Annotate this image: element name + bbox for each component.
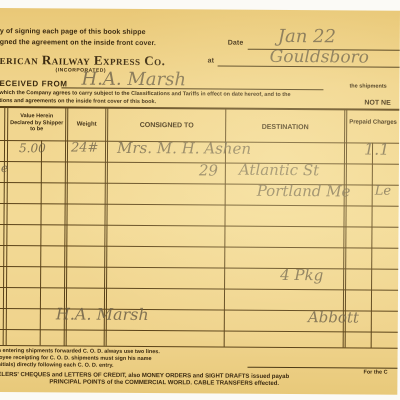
row-rule-7 bbox=[0, 287, 398, 291]
row-rule-3 bbox=[0, 203, 399, 207]
received-from-label: ECEIVED FROM bbox=[0, 79, 68, 88]
header-weight: Weight bbox=[68, 121, 105, 127]
cod-note-line-1: n entering shipments forwarded C. O. D. … bbox=[0, 348, 160, 355]
date-value: Jan 22 bbox=[278, 26, 336, 47]
top-notice-line-1: y of signing each page of this book ship… bbox=[0, 28, 146, 36]
row-rule-4 bbox=[0, 224, 398, 228]
row-2-col0: e bbox=[1, 161, 8, 175]
at-value: Gouldsboro bbox=[270, 47, 369, 68]
cod-note-line-2: loyee receipting for C. O. D. shipments … bbox=[0, 355, 152, 362]
row-1-prepaid: 1.1 bbox=[364, 140, 390, 159]
not-negotiable-label: NOT NE bbox=[364, 100, 391, 107]
at-label: at bbox=[208, 57, 214, 64]
col-rule-value-split bbox=[40, 140, 42, 345]
cod-note-line-3: nitials) directly following each C. O. D… bbox=[0, 362, 114, 369]
col-rule-0b bbox=[6, 107, 9, 345]
row-rule-5 bbox=[0, 245, 398, 249]
row-rule-6 bbox=[0, 266, 398, 270]
shipments-text: the shipments bbox=[349, 83, 386, 89]
row-7-destination: 4 Pkg bbox=[280, 266, 323, 284]
express-receipt-page: y of signing each page of this book ship… bbox=[0, 8, 400, 395]
row-1-value: 5.00 bbox=[19, 141, 46, 155]
row-3-prepaid: Le bbox=[375, 184, 391, 199]
row-rule-9 bbox=[0, 329, 398, 333]
row-2-destination: Atlantic St bbox=[239, 161, 319, 180]
row-1-weight: 24# bbox=[71, 140, 99, 155]
travelers-cheques-line: ELERS' CHEQUES and LETTERS OF CREDIT, al… bbox=[0, 372, 289, 380]
for-the-company-line bbox=[247, 367, 397, 369]
header-value-declared: Value Herein Declared by Shipper to be bbox=[8, 113, 65, 133]
table-top-rule bbox=[0, 106, 399, 111]
agent-signature: Abbott bbox=[308, 308, 359, 326]
row-2-consigned-to: 29 bbox=[199, 161, 218, 179]
header-destination: DESTINATION bbox=[226, 124, 344, 132]
for-the-company-label: For the C bbox=[363, 370, 387, 376]
terms-line-2: tions and agreements on the inside front… bbox=[0, 98, 156, 105]
terms-line-1: which the Company agrees to carry subjec… bbox=[0, 90, 291, 98]
header-consigned-to: CONSIGNED TO bbox=[108, 122, 225, 130]
header-prepaid-charges: Prepaid Charges bbox=[349, 118, 399, 126]
company-name: erican Railway Express Co. bbox=[0, 52, 166, 69]
top-notice-line-2: gned the agreement on the inside front c… bbox=[0, 39, 156, 47]
date-label: Date bbox=[228, 40, 244, 47]
row-1-consigned-to: Mrs. M. H. Ashen bbox=[117, 139, 251, 158]
shipper-signature: H.A. Marsh bbox=[56, 304, 149, 324]
principal-points-line: PRINCIPAL POINTS of the COMMERCIAL WORLD… bbox=[49, 379, 279, 387]
col-rule-prepaid-split bbox=[371, 143, 373, 348]
received-from-value: H.A. Marsh bbox=[81, 69, 186, 91]
row-3-destination: Portland Me bbox=[257, 182, 351, 201]
